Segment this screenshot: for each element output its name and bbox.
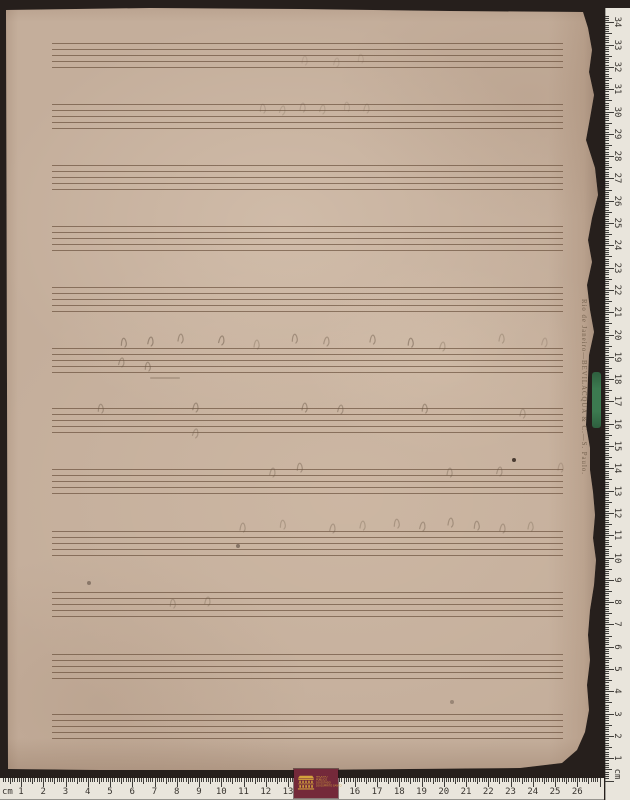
ruler-tick — [519, 778, 520, 782]
ruler-tick — [605, 123, 612, 124]
ruler-number: 17 — [370, 787, 384, 797]
ruler-tick — [484, 778, 485, 782]
ruler-tick — [504, 778, 505, 782]
ruler-tick — [203, 778, 204, 782]
ruler-tick — [430, 778, 431, 782]
ruler-tick — [553, 778, 554, 782]
ruler-tick — [584, 778, 585, 782]
ruler-number: 2 — [36, 787, 50, 797]
ruler-tick — [413, 778, 414, 782]
ruler-tick — [605, 673, 609, 674]
ruler-tick — [395, 778, 396, 782]
ruler-number: 1 — [14, 787, 28, 797]
ruler-tick — [605, 595, 609, 596]
ruler-tick — [373, 778, 374, 782]
ruler-tick — [605, 143, 609, 144]
ruler-tick — [197, 778, 198, 782]
ruler-number: 16 — [348, 787, 362, 797]
ruler-tick — [605, 76, 609, 77]
ruler-tick — [81, 778, 82, 782]
ruler-tick — [605, 277, 609, 278]
ruler-tick — [605, 573, 609, 574]
ruler-tick — [605, 181, 609, 182]
ruler-tick — [32, 778, 33, 784]
ruler-tick — [605, 497, 609, 498]
ruler-tick — [605, 575, 609, 576]
ruler-tick — [143, 778, 144, 784]
ruler-tick — [605, 377, 609, 378]
ruler-tick — [605, 464, 609, 465]
ruler-tick — [605, 738, 609, 739]
ruler-tick — [605, 631, 609, 632]
ruler-tick — [605, 225, 609, 226]
ruler-number: 18 — [612, 370, 622, 388]
ruler-tick — [179, 778, 180, 782]
ruler-tick — [605, 404, 609, 405]
ruler-tick — [495, 778, 496, 782]
ruler-tick — [410, 778, 411, 784]
ruler-tick — [555, 778, 556, 787]
ruler-tick — [437, 778, 438, 782]
ruler-tick — [605, 386, 609, 387]
ruler-tick — [177, 778, 178, 787]
ruler-tick — [246, 778, 247, 782]
ruler-tick — [605, 288, 609, 289]
ruler-tick — [206, 778, 207, 782]
ruler-number: 13 — [281, 787, 295, 797]
ruler-tick — [515, 778, 516, 782]
ruler-tick — [605, 183, 609, 184]
ruler-number: 3 — [612, 705, 622, 723]
ruler-tick — [557, 778, 558, 782]
ruler-tick — [366, 778, 367, 784]
bleed-mark — [322, 333, 335, 348]
bleed-mark — [446, 514, 458, 528]
ruler-tick — [605, 526, 609, 527]
ruler-number: 19 — [612, 348, 622, 366]
ruler-tick — [605, 303, 609, 304]
ruler-tick — [526, 778, 527, 782]
ruler-tick — [475, 778, 476, 782]
ruler-number: 20 — [612, 326, 622, 344]
bleed-mark — [497, 330, 509, 344]
ruler-tick — [230, 778, 231, 782]
ruler-tick — [123, 778, 124, 782]
ruler-tick — [605, 319, 609, 320]
ruler-tick — [605, 533, 609, 534]
ruler-tick — [605, 615, 609, 616]
ruler-tick — [419, 778, 420, 782]
ruler-tick — [77, 778, 78, 784]
ruler-tick — [175, 778, 176, 782]
ruler-tick — [605, 326, 609, 327]
ruler-tick — [605, 87, 609, 88]
ruler-tick — [417, 778, 418, 782]
ruler-tick — [605, 662, 609, 663]
ruler-number: 27 — [612, 169, 622, 187]
ruler-tick — [605, 718, 609, 719]
ruler-tick — [605, 98, 609, 99]
ruler-tick — [605, 604, 609, 605]
ruler-tick — [605, 33, 612, 34]
ruler-tick — [605, 279, 612, 280]
ruler-tick — [605, 176, 609, 177]
ruler-tick — [605, 363, 609, 364]
ruler-tick — [97, 778, 98, 782]
ruler-number: 11 — [237, 787, 251, 797]
ruler-tick — [163, 778, 164, 782]
ruler-tick — [502, 778, 503, 782]
ruler-tick — [399, 778, 400, 787]
ruler-tick — [404, 778, 405, 782]
ruler-tick — [272, 778, 273, 782]
ruler-tick — [586, 778, 587, 782]
ruler-tick — [605, 760, 609, 761]
ruler-tick — [568, 778, 569, 782]
ruler-tick — [605, 676, 609, 677]
ruler-tick — [453, 778, 454, 782]
ruler-tick — [114, 778, 115, 782]
ruler-tick — [605, 642, 609, 643]
ruler-tick — [605, 343, 609, 344]
ruler-number: 4 — [81, 787, 95, 797]
ruler-tick — [605, 281, 609, 282]
ruler-tick — [605, 524, 612, 525]
ruler-tick — [605, 216, 609, 217]
ruler-tick — [261, 778, 262, 782]
ruler-tick — [605, 163, 609, 164]
ruler-tick — [605, 435, 612, 436]
ruler-tick — [486, 778, 487, 782]
ruler-tick — [605, 754, 609, 755]
ruler-tick — [605, 462, 609, 463]
ruler-number: 1 — [612, 749, 622, 767]
ruler-tick — [605, 330, 609, 331]
ruler-tick — [92, 778, 93, 782]
ruler-tick — [605, 172, 609, 173]
ruler-tick — [232, 778, 233, 784]
ruler-tick — [605, 165, 609, 166]
ink-speck — [236, 544, 240, 548]
ruler-tick — [52, 778, 53, 782]
ruler-tick — [605, 94, 609, 95]
ruler-tick — [462, 778, 463, 782]
ruler-tick — [605, 506, 609, 507]
ruler-tick — [605, 627, 609, 628]
ruler-tick — [605, 252, 609, 253]
ruler-tick — [368, 778, 369, 782]
ruler-tick — [533, 778, 534, 787]
ruler-tick — [499, 778, 500, 784]
ruler-tick — [361, 778, 362, 782]
ruler-tick — [605, 696, 609, 697]
ruler-tick — [146, 778, 147, 782]
ruler-tick — [605, 678, 609, 679]
ruler-number: 25 — [548, 787, 562, 797]
ruler-tick — [605, 408, 609, 409]
ruler-tick — [605, 47, 609, 48]
ruler-tick — [605, 306, 609, 307]
ruler-tick — [152, 778, 153, 782]
ruler-tick — [605, 317, 609, 318]
ruler-tick — [544, 778, 545, 784]
ruler-tick — [605, 653, 609, 654]
ruler-tick — [422, 778, 423, 787]
ruler-tick — [468, 778, 469, 782]
ruler-tick — [605, 437, 609, 438]
ruler-tick — [605, 285, 609, 286]
ruler-tick — [70, 778, 71, 782]
ruler-number: 21 — [459, 787, 473, 797]
ruler-tick — [571, 778, 572, 782]
ruler-tick — [605, 649, 609, 650]
ruler-tick — [551, 778, 552, 782]
ruler-tick — [605, 274, 609, 275]
ruler-tick — [575, 778, 576, 782]
ruler-tick — [605, 127, 609, 128]
bottom-ruler-unit-label: cm — [2, 787, 13, 797]
ruler-tick — [605, 636, 612, 637]
ruler-tick — [605, 161, 609, 162]
ruler-tick — [605, 685, 609, 686]
ruler-tick — [605, 682, 609, 683]
ruler-number: 21 — [612, 303, 622, 321]
ruler-tick — [605, 466, 609, 467]
ruler-tick — [605, 272, 609, 273]
stamp-line: DO ESPÍRITO SANTO — [316, 785, 333, 788]
ruler-number: 10 — [612, 549, 622, 567]
ruler-tick — [605, 729, 609, 730]
ruler-tick — [542, 778, 543, 782]
ruler-tick — [605, 419, 609, 420]
ruler-tick — [433, 778, 434, 784]
ruler-tick — [605, 629, 609, 630]
music-staff — [52, 104, 563, 129]
ruler-tick — [605, 566, 609, 567]
ruler-tick — [252, 778, 253, 782]
ruler-tick — [605, 725, 612, 726]
ruler-tick — [605, 56, 612, 57]
ruler-tick — [277, 778, 278, 784]
ruler-tick — [605, 511, 609, 512]
ruler-tick — [470, 778, 471, 782]
ruler-tick — [605, 665, 609, 666]
ruler-tick — [605, 745, 609, 746]
ruler-tick — [605, 522, 609, 523]
ruler-tick — [605, 644, 609, 645]
ruler-tick — [605, 154, 609, 155]
ruler-tick — [605, 705, 609, 706]
ruler-tick — [605, 638, 609, 639]
ruler-tick — [388, 778, 389, 784]
ruler-number: 16 — [612, 415, 622, 433]
ruler-tick — [605, 756, 609, 757]
ruler-tick — [605, 375, 609, 376]
ruler-tick — [605, 723, 609, 724]
ruler-tick — [386, 778, 387, 782]
ruler-tick — [605, 65, 609, 66]
ruler-tick — [605, 600, 609, 601]
ruler-tick — [605, 702, 612, 703]
ruler-tick — [605, 149, 609, 150]
ruler-tick — [605, 341, 609, 342]
ruler-tick — [605, 457, 612, 458]
ruler-tick — [605, 651, 609, 652]
ruler-tick — [605, 259, 609, 260]
ruler-tick — [605, 83, 609, 84]
music-staff — [52, 287, 563, 312]
ruler-number: 22 — [612, 281, 622, 299]
ruler-tick — [605, 384, 609, 385]
ruler-tick — [605, 239, 609, 240]
ruler-tick — [605, 569, 612, 570]
ruler-tick — [605, 584, 609, 585]
ruler-tick — [37, 778, 38, 782]
ruler-tick — [605, 656, 609, 657]
ruler-tick — [605, 444, 609, 445]
ruler-tick — [605, 346, 612, 347]
ruler-tick — [591, 778, 592, 782]
ruler-tick — [605, 241, 609, 242]
ruler-tick — [605, 680, 612, 681]
ruler-tick — [605, 450, 609, 451]
ruler-number: 15 — [612, 437, 622, 455]
ruler-tick — [88, 778, 89, 787]
ruler-tick — [605, 622, 609, 623]
ruler-tick — [90, 778, 91, 782]
ruler-tick — [605, 613, 612, 614]
ruler-tick — [605, 187, 609, 188]
ruler-tick — [10, 778, 11, 784]
ruler-tick — [605, 752, 609, 753]
ruler-tick — [137, 778, 138, 782]
ruler-number: 4 — [612, 682, 622, 700]
ruler-number: 11 — [612, 526, 622, 544]
bleed-mark — [290, 330, 303, 345]
ruler-tick — [605, 210, 609, 211]
ruler-tick — [605, 337, 609, 338]
ruler-tick — [605, 58, 609, 59]
ruler-tick — [148, 778, 149, 782]
ruler-tick — [605, 571, 609, 572]
ruler-number: 12 — [612, 504, 622, 522]
ruler-tick — [562, 778, 563, 782]
ink-speck — [450, 700, 454, 704]
ruler-tick — [605, 372, 609, 373]
ruler-tick — [605, 203, 609, 204]
ruler-tick — [155, 778, 156, 787]
ruler-tick — [605, 29, 609, 30]
ruler-tick — [605, 103, 609, 104]
bleed-mark — [472, 517, 485, 532]
ruler-tick — [605, 529, 609, 530]
ruler-tick — [605, 100, 612, 101]
ruler-tick — [381, 778, 382, 782]
ruler-tick — [605, 310, 609, 311]
ruler-tick — [605, 537, 609, 538]
ruler-tick — [5, 778, 6, 782]
ruler-tick — [605, 471, 609, 472]
ruler-tick — [605, 140, 609, 141]
ruler-tick — [605, 417, 609, 418]
ruler-tick — [605, 493, 609, 494]
ruler-tick — [112, 778, 113, 782]
ruler-tick — [605, 582, 609, 583]
ruler-tick — [605, 640, 609, 641]
ruler-tick — [288, 778, 289, 787]
ruler-tick — [605, 227, 609, 228]
ruler-tick — [375, 778, 376, 782]
ruler-tick — [605, 694, 609, 695]
ruler-tick — [605, 368, 612, 369]
ruler-tick — [12, 778, 13, 782]
ruler-tick — [605, 323, 612, 324]
ruler-tick — [199, 778, 200, 787]
ruler-tick — [63, 778, 64, 782]
ruler-number: 30 — [612, 103, 622, 121]
ruler-tick — [457, 778, 458, 782]
ruler-tick — [605, 555, 609, 556]
ruler-tick — [266, 778, 267, 787]
ruler-tick — [605, 448, 609, 449]
ruler-tick — [605, 221, 609, 222]
ruler-tick — [605, 390, 612, 391]
ruler-tick — [600, 778, 601, 787]
ruler-tick — [217, 778, 218, 782]
ruler-tick — [605, 734, 609, 735]
ruler-tick — [348, 778, 349, 782]
ruler-tick — [444, 778, 445, 787]
ruler-tick — [39, 778, 40, 782]
ruler-number: 3 — [59, 787, 73, 797]
ruler-tick — [605, 395, 609, 396]
ruler-tick — [605, 589, 609, 590]
ruler-tick — [128, 778, 129, 782]
ruler-tick — [605, 778, 609, 779]
ruler-tick — [74, 778, 75, 782]
ruler-number: 33 — [612, 36, 622, 54]
music-staff — [52, 469, 563, 494]
ruler-tick — [157, 778, 158, 782]
ruler-tick — [353, 778, 354, 782]
ruler-tick — [377, 778, 378, 787]
ruler-tick — [344, 778, 345, 784]
ink-speck — [512, 458, 516, 462]
ruler-tick — [605, 542, 609, 543]
ruler-tick — [577, 778, 578, 787]
sheet-music-page: Rio de Janeiro—BEVILACQUA & C.—S. Paulo. — [0, 0, 630, 800]
ruler-tick — [415, 778, 416, 782]
ruler-tick — [517, 778, 518, 782]
ruler-tick — [605, 16, 609, 17]
ruler-tick — [605, 20, 609, 21]
ruler-tick — [605, 263, 609, 264]
ruler-tick — [605, 350, 609, 351]
ruler-number: 5 — [103, 787, 117, 797]
ruler-tick — [605, 190, 612, 191]
ruler-tick — [605, 687, 609, 688]
ruler-tick — [50, 778, 51, 782]
ruler-tick — [564, 778, 565, 782]
ruler-tick — [605, 256, 612, 257]
ruler-tick — [605, 433, 609, 434]
ruler-tick — [281, 778, 282, 782]
ruler-tick — [264, 778, 265, 782]
ruler-tick — [250, 778, 251, 782]
ruler-number: 9 — [612, 571, 622, 589]
ruler-tick — [605, 62, 609, 63]
ruler-tick — [605, 192, 609, 193]
